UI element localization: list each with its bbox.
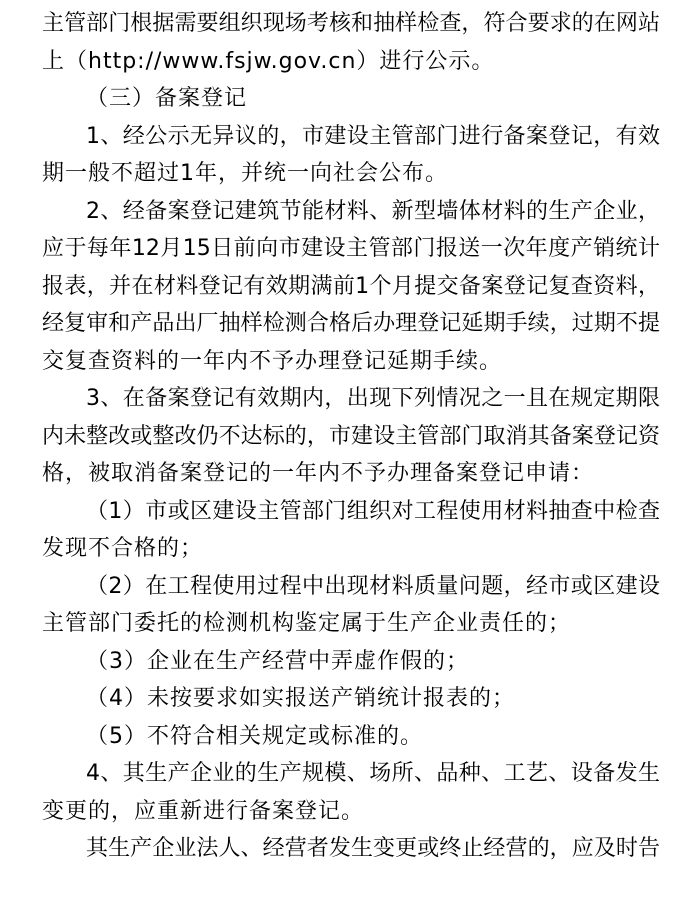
text-line: （1）市或区建设主管部门组织对工程使用材料抽查中检查 <box>42 493 660 531</box>
text-line: 4、其生产企业的生产规模、场所、品种、工艺、设备发生 <box>42 755 660 793</box>
text-line: 其生产企业法人、经营者发生变更或终止经营的，应及时告 <box>42 830 660 868</box>
text-line: （三）备案登记 <box>42 80 660 118</box>
text-line: 发现不合格的； <box>42 530 660 568</box>
text-line: （3）企业在生产经营中弄虚作假的； <box>42 643 660 681</box>
text-line: 主管部门委托的检测机构鉴定属于生产企业责任的； <box>42 605 660 643</box>
text-line: 2、经备案登记建筑节能材料、新型墙体材料的生产企业， <box>42 193 660 231</box>
text-line: 3、在备案登记有效期内，出现下列情况之一且在规定期限 <box>42 380 660 418</box>
text-line: 报表，并在材料登记有效期满前1个月提交备案登记复查资料， <box>42 268 660 306</box>
text-line: 主管部门根据需要组织现场考核和抽样检查，符合要求的在网站 <box>42 5 660 43</box>
text-line: 变更的，应重新进行备案登记。 <box>42 793 660 831</box>
text-line: （2）在工程使用过程中出现材料质量问题，经市或区建设 <box>42 568 660 606</box>
text-line: （5）不符合相关规定或标准的。 <box>42 718 660 756</box>
text-line: 1、经公示无异议的，市建设主管部门进行备案登记，有效 <box>42 118 660 156</box>
text-line: 经复审和产品出厂抽样检测合格后办理登记延期手续，过期不提 <box>42 305 660 343</box>
text-block: 主管部门根据需要组织现场考核和抽样检查，符合要求的在网站上（http://www… <box>42 5 660 868</box>
text-line: 交复查资料的一年内不予办理登记延期手续。 <box>42 343 660 381</box>
text-line: 期一般不超过1年，并统一向社会公布。 <box>42 155 660 193</box>
text-line: 应于每年12月15日前向市建设主管部门报送一次年度产销统计 <box>42 230 660 268</box>
document-page: 主管部门根据需要组织现场考核和抽样检查，符合要求的在网站上（http://www… <box>0 0 700 915</box>
text-line: （4）未按要求如实报送产销统计报表的； <box>42 680 660 718</box>
text-line: 格，被取消备案登记的一年内不予办理备案登记申请： <box>42 455 660 493</box>
text-line: 上（http://www.fsjw.gov.cn）进行公示。 <box>42 43 660 81</box>
text-line: 内未整改或整改仍不达标的，市建设主管部门取消其备案登记资 <box>42 418 660 456</box>
